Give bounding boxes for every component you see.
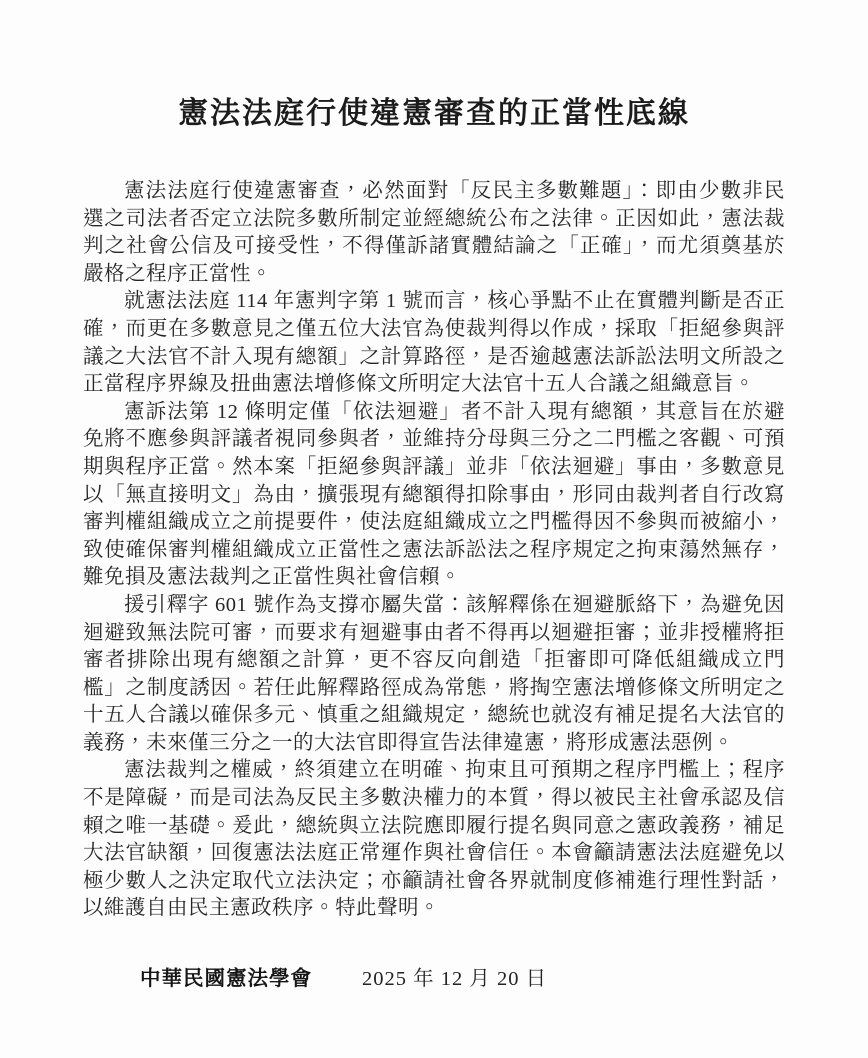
signature-date: 2025 年 12 月 20 日 <box>362 965 547 993</box>
document-page: 憲法法庭行使違憲審查的正當性底線 憲法法庭行使違憲審查，必然面對「反民主多數難題… <box>0 0 868 1058</box>
document-body: 憲法法庭行使違憲審查，必然面對「反民主多數難題」：即由少數非民選之司法者否定立法… <box>83 178 785 923</box>
paragraph-1: 憲法法庭行使違憲審查，必然面對「反民主多數難題」：即由少數非民選之司法者否定立法… <box>83 178 785 288</box>
paragraph-5: 憲法裁判之權威，終須建立在明確、拘束且可預期之程序門檻上；程序不是障礙，而是司法… <box>83 757 785 923</box>
paragraph-3: 憲訴法第 12 條明定僅「依法迴避」者不計入現有總額，其意旨在於避免將不應參與評… <box>83 399 785 592</box>
paragraph-4: 援引釋字 601 號作為支撐亦屬失當：該解釋係在迴避脈絡下，為避免因迴避致無法院… <box>83 592 785 758</box>
signature-organization: 中華民國憲法學會 <box>140 965 312 993</box>
document-title: 憲法法庭行使違憲審查的正當性底線 <box>0 88 868 132</box>
paragraph-2: 就憲法法庭 114 年憲判字第 1 號而言，核心爭點不止在實體判斷是否正確，而更… <box>83 288 785 398</box>
signature-line: 中華民國憲法學會 2025 年 12 月 20 日 <box>140 965 868 993</box>
